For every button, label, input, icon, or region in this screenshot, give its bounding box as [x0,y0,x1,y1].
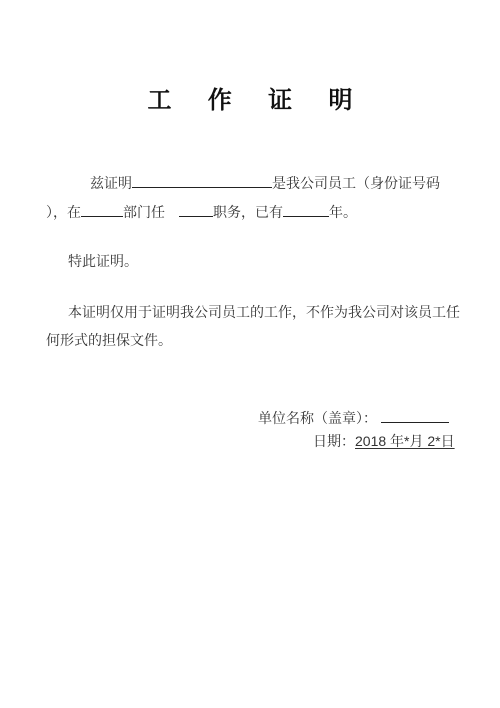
date-value: 2018 年*月 2*日 [355,433,455,449]
disclaimer-line-1: 本证明仅用于证明我公司员工的工作，不作为我公司对该员工任 [68,304,460,322]
position-text: 职务，已有 [213,205,283,221]
employee-name-blank[interactable] [132,173,272,188]
department-blank[interactable] [81,202,123,217]
company-name-blank[interactable] [381,408,449,423]
company-seal-line: 单位名称（盖章）： [258,408,449,428]
years-blank[interactable] [283,202,329,217]
hereby-certify: 特此证明。 [68,253,138,271]
company-label: 单位名称（盖章）： [258,411,377,427]
certify-line-2: ），在部门任职务，已有年。 [46,202,357,222]
years-text: 年。 [329,205,357,221]
certify-prefix: 兹证明 [90,176,132,192]
document-title: 工 作 证 明 [0,80,500,115]
id-close-text: ），在 [46,205,81,221]
position-blank[interactable] [179,202,213,217]
department-text: 部门任 [123,205,165,221]
disclaimer-line-2: 何形式的担保文件。 [46,332,172,350]
date-line: 日期：2018 年*月 2*日 [313,432,455,451]
date-label: 日期： [313,434,355,450]
certify-line-1: 兹证明是我公司员工（身份证号码 [90,173,440,193]
certify-suffix: 是我公司员工（身份证号码 [272,176,440,192]
